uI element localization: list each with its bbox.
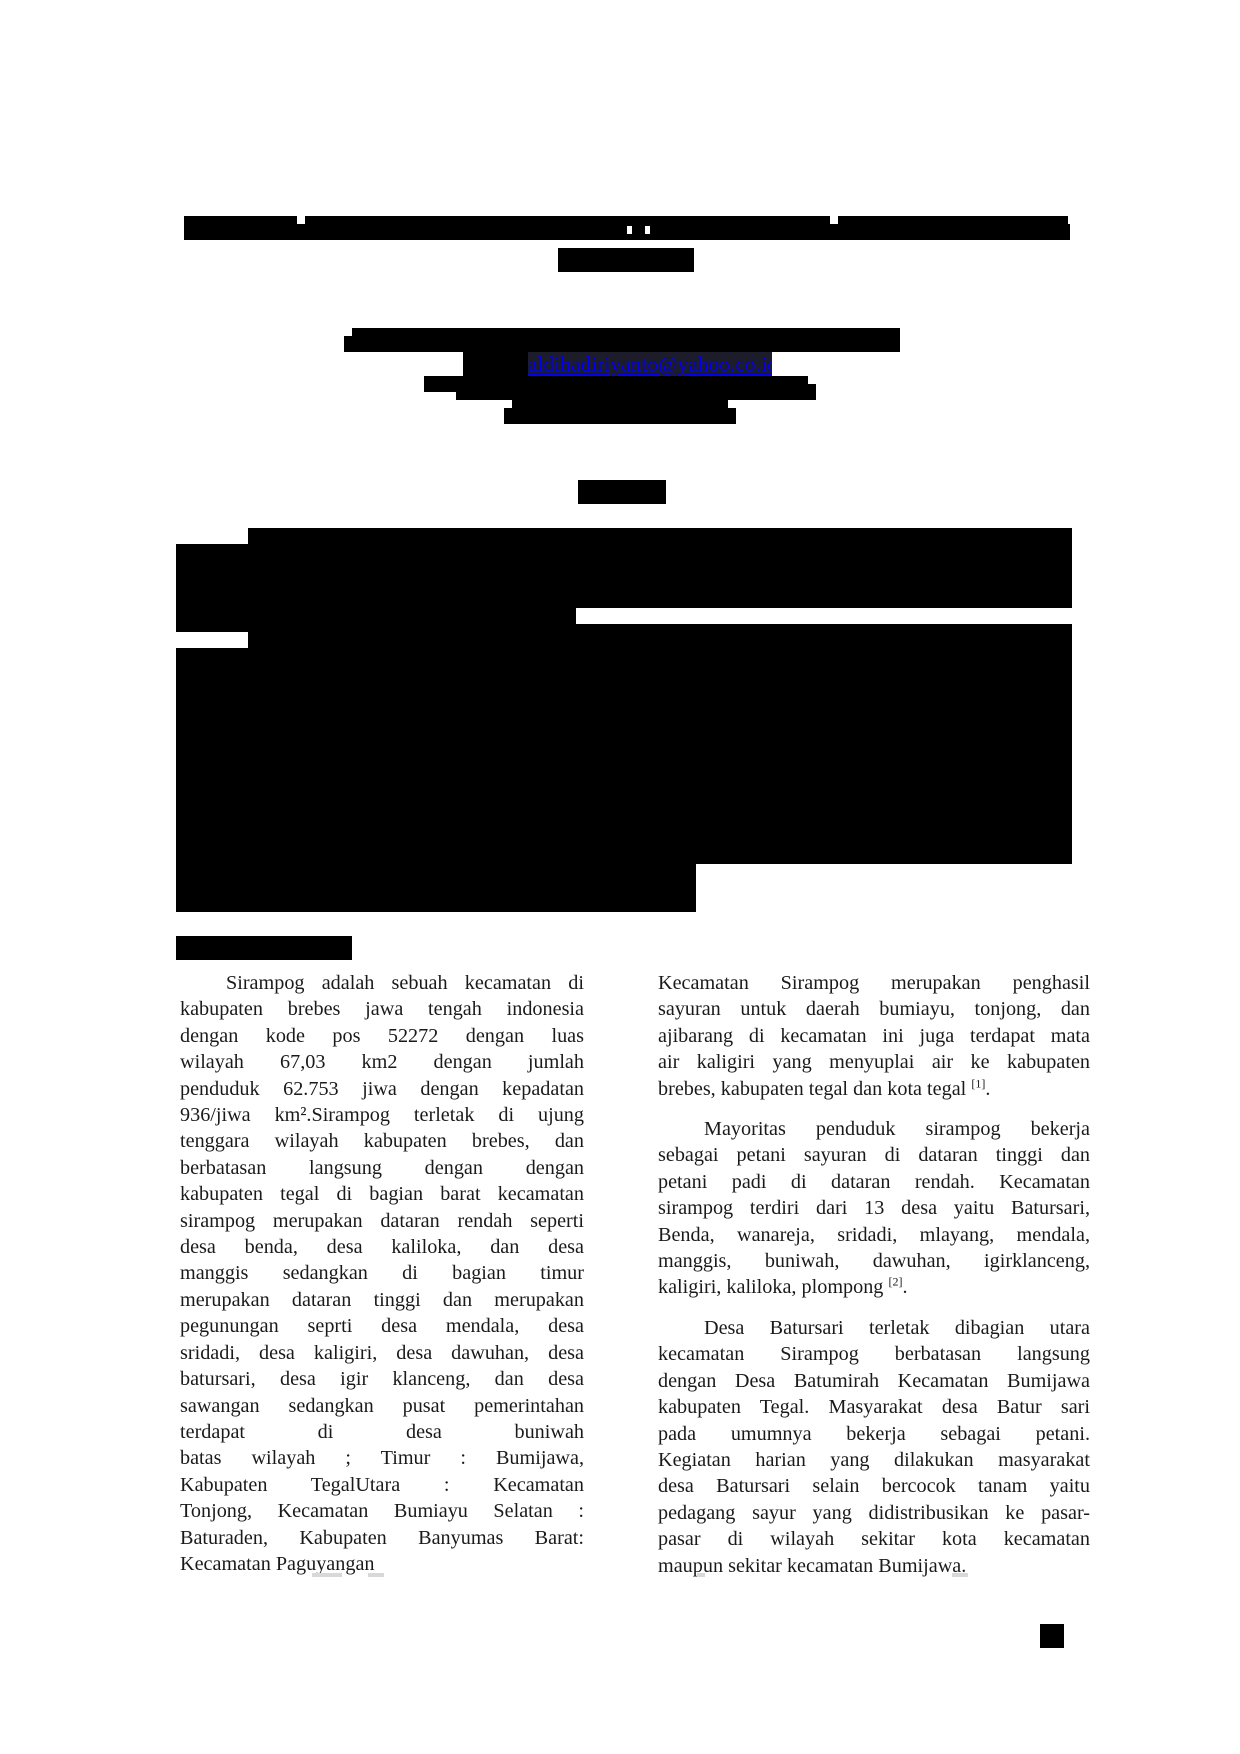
title-line-2-redaction xyxy=(558,248,694,272)
text-line: Sirampog adalah sebuah kecamatan di xyxy=(180,970,584,996)
scan-artifact xyxy=(697,1573,705,1577)
text-line: sirampog merupakan dataran rendah sepert… xyxy=(180,1208,584,1234)
paragraph: Kecamatan Sirampog merupakan penghasilsa… xyxy=(658,970,1090,1102)
text-line: brebes, kabupaten tegal dan kota tegal [… xyxy=(658,1076,1090,1102)
text-line: kaligiri, kaliloka, plompong [2]. xyxy=(658,1274,1090,1300)
text-line: kabupaten Tegal. Masyarakat desa Batur s… xyxy=(658,1394,1090,1420)
text-line: batursari, desa igir klanceng, dan desa xyxy=(180,1366,584,1392)
citation-marker: [2] xyxy=(888,1275,902,1289)
text-line: Kabupaten TegalUtara : Kecamatan xyxy=(180,1472,584,1498)
text-line: kabupaten brebes jawa tengah indonesia xyxy=(180,996,584,1022)
text-line: merupakan dataran tinggi dan merupakan xyxy=(180,1287,584,1313)
text-line: desa benda, desa kaliloka, dan desa xyxy=(180,1234,584,1260)
text-line: Baturaden, Kabupaten Banyumas Barat: xyxy=(180,1525,584,1551)
text-line: Kegiatan harian yang dilakukan masyaraka… xyxy=(658,1447,1090,1473)
text-line: Kecamatan Sirampog merupakan penghasil xyxy=(658,970,1090,996)
text-line: kabupaten tegal di bagian barat kecamata… xyxy=(180,1181,584,1207)
text-line: ajibarang di kecamatan ini juga terdapat… xyxy=(658,1023,1090,1049)
email-prefix-redaction xyxy=(463,352,529,376)
text-line: manggis, buniwah, dawuhan, igirklanceng, xyxy=(658,1248,1090,1274)
text-line: Tonjong, Kecamatan Bumiayu Selatan : xyxy=(180,1498,584,1524)
scan-artifact xyxy=(312,1573,342,1577)
text-line: dengan kode pos 52272 dengan luas xyxy=(180,1023,584,1049)
text-line: terdapat di desa buniwah xyxy=(180,1419,584,1445)
author-email-link[interactable]: aldihadiriyanto@yahoo.co.id xyxy=(528,352,772,376)
text-line: pasar di wilayah sekitar kota kecamatan xyxy=(658,1526,1090,1552)
left-column: Sirampog adalah sebuah kecamatan dikabup… xyxy=(180,970,584,1577)
right-column: Kecamatan Sirampog merupakan penghasilsa… xyxy=(658,970,1090,1579)
text-line: 936/jiwa km².Sirampog terletak di ujung xyxy=(180,1102,584,1128)
text-line: penduduk 62.753 jiwa dengan kepadatan xyxy=(180,1076,584,1102)
paragraph: Desa Batursari terletak dibagian utarake… xyxy=(658,1315,1090,1579)
text-line: pegunungan seprti desa mendala, desa xyxy=(180,1313,584,1339)
text-line: berbatasan langsung dengan dengan xyxy=(180,1155,584,1181)
scan-artifact xyxy=(952,1573,968,1577)
citation-marker: [1] xyxy=(971,1076,985,1090)
text-line: dengan Desa Batumirah Kecamatan Bumijawa xyxy=(658,1368,1090,1394)
text-line: desa Batursari selain bercocok tanam yai… xyxy=(658,1473,1090,1499)
text-line: Benda, wanareja, sridadi, mlayang, menda… xyxy=(658,1222,1090,1248)
text-line: kecamatan Sirampog berbatasan langsung xyxy=(658,1341,1090,1367)
section-heading-pendahuluan xyxy=(176,936,352,960)
text-line: manggis sedangkan di bagian timur xyxy=(180,1260,584,1286)
text-line: Mayoritas penduduk sirampog bekerja xyxy=(658,1116,1090,1142)
text-line: petani padi di dataran rendah. Kecamatan xyxy=(658,1169,1090,1195)
text-line: sayuran untuk daerah bumiayu, tonjong, d… xyxy=(658,996,1090,1022)
text-line: pedagang sayur yang didistribusikan ke p… xyxy=(658,1500,1090,1526)
text-line: sebagai petani sayuran di dataran tinggi… xyxy=(658,1142,1090,1168)
paragraph: Mayoritas penduduk sirampog bekerjasebag… xyxy=(658,1116,1090,1301)
text-line: tenggara wilayah kabupaten brebes, dan xyxy=(180,1128,584,1154)
scan-artifact xyxy=(368,1573,384,1577)
text-line: batas wilayah ; Timur : Bumijawa, xyxy=(180,1445,584,1471)
text-line: maupun sekitar kecamatan Bumijawa. xyxy=(658,1553,1090,1579)
text-line: air kaligiri yang menyuplai air ke kabup… xyxy=(658,1049,1090,1075)
text-line: Desa Batursari terletak dibagian utara xyxy=(658,1315,1090,1341)
page-number xyxy=(1040,1624,1064,1648)
paragraph: Sirampog adalah sebuah kecamatan dikabup… xyxy=(180,970,584,1577)
text-line: sirampog terdiri dari 13 desa yaitu Batu… xyxy=(658,1195,1090,1221)
text-line: wilayah 67,03 km2 dengan jumlah xyxy=(180,1049,584,1075)
text-line: pada umumnya bekerja sebagai petani. xyxy=(658,1421,1090,1447)
text-line: sridadi, desa kaligiri, desa dawuhan, de… xyxy=(180,1340,584,1366)
text-line: sawangan sedangkan pusat pemerintahan xyxy=(180,1393,584,1419)
abstract-heading xyxy=(578,480,666,504)
